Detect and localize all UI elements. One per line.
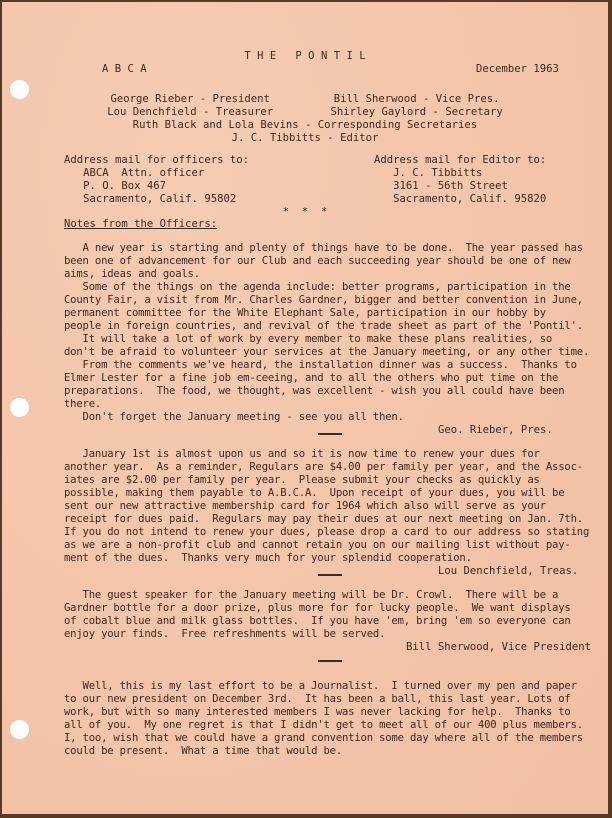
signature: Bill Sherwood, Vice President [406,641,591,653]
signature: Geo. Rieber, Pres. [438,424,553,436]
divider [318,660,342,662]
signature: Lou Denchfield, Treas. [438,565,578,577]
newsletter-title: T H E P O N T I L [2,50,608,62]
org-name: A B C A [102,63,147,75]
punch-hole [10,398,29,417]
editor-line: J. C. Tibbitts - Editor [2,132,608,144]
officer-line: Ruth Black and Lola Bevins - Correspondi… [2,119,608,131]
officer-line: Lou Denchfield - Treasurer Shirley Gaylo… [2,106,608,118]
officer-line: George Rieber - President Bill Sherwood … [2,93,608,105]
separator-asterisks: * * * [2,206,608,218]
divider [318,574,342,576]
punch-hole [10,720,29,739]
issue-date: December 1963 [476,63,559,75]
newsletter-page: T H E P O N T I L A B C A December 1963 … [2,2,608,814]
section-title: Notes from the Officers: [64,218,217,230]
divider [318,433,342,435]
